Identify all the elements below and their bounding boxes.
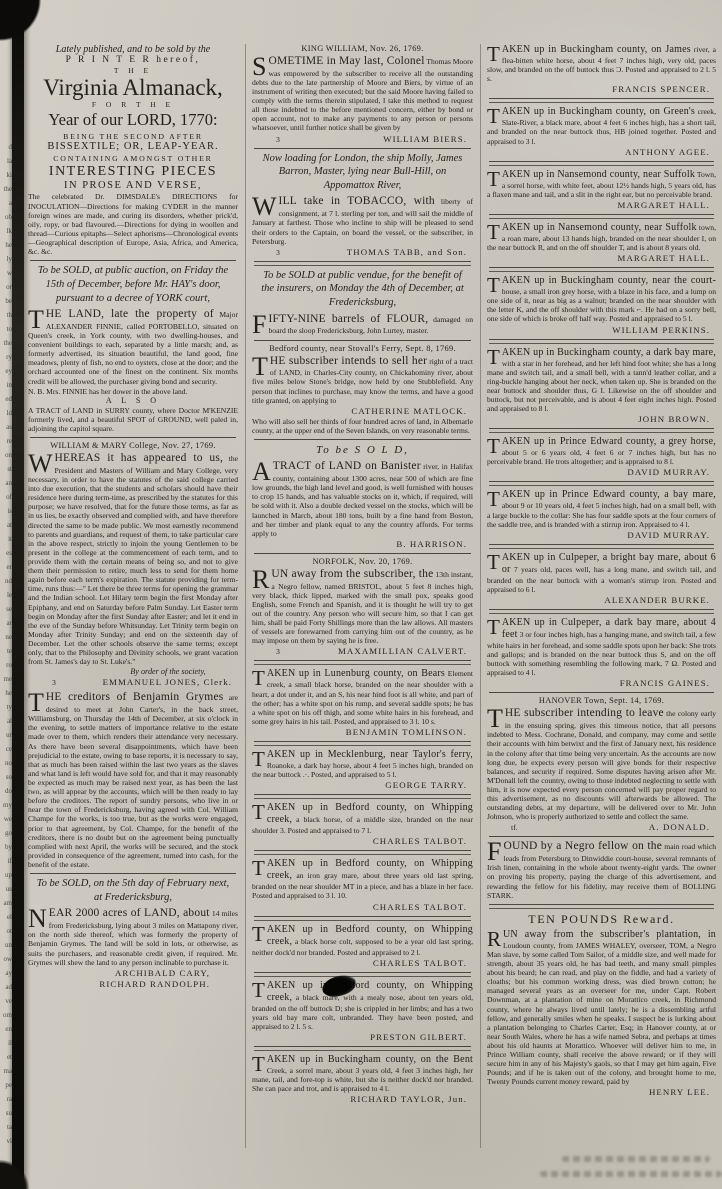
signature-line: BENJAMIN TOMLINSON. xyxy=(276,727,467,737)
ad-ship-molly-tobacco: Now loading for London, the ship Molly, … xyxy=(252,152,473,257)
signature-line: WILLIAM PERKINS. xyxy=(511,325,710,335)
drop-cap: T xyxy=(487,617,502,636)
opening-line: UN away from the subscriber, the xyxy=(271,568,433,580)
ad-opening-paragraph: TAKEN up in Bedford county, on Whipping … xyxy=(252,980,473,1031)
ad-opening-paragraph: RUN away from the subscriber, the 13th i… xyxy=(252,568,473,646)
ad-grymes-land-sale: To be SOLD, on the 5th day of February n… xyxy=(28,877,238,989)
para-text: Who will also sell her thirds of four hu… xyxy=(252,417,473,435)
column-divider-rule-1 xyxy=(245,44,246,1148)
ad-opening-paragraph: TAKEN up in Nansemond county, near Suffo… xyxy=(487,222,716,252)
ad-opening-paragraph: WHEREAS it has appeared to us, the Presi… xyxy=(28,452,238,666)
display-line: P R I N T E R hereof, xyxy=(28,55,238,65)
opening-line: AKEN up in Bedford county, on Whipping c… xyxy=(267,802,473,825)
ad-opening-paragraph: TAKEN up in Buckingham county, a dark ba… xyxy=(487,347,716,414)
ad-taken-tarry: TAKEN up in Mecklenburg, near Taylor's f… xyxy=(252,749,473,790)
ad-banister-land: To be S O L D,ATRACT of LAND on Banister… xyxy=(252,443,473,549)
divider-rule xyxy=(254,916,471,921)
opening-line: HE subscriber intending to leave xyxy=(505,707,664,719)
ad-taken-hall-1: TAKEN up in Nansemond county, near Suffo… xyxy=(487,169,716,210)
ad-opening-paragraph: TAKEN up in Buckingham county, on Green'… xyxy=(487,106,716,145)
ad-opening-paragraph: ATRACT of LAND on Banister river, in Hal… xyxy=(252,460,473,538)
signature-line: FRANCIS GAINES. xyxy=(511,678,710,688)
ad-ten-pounds-reward: TEN POUNDS Reward.RUN away from the subs… xyxy=(487,912,716,1098)
drop-cap: R xyxy=(487,929,503,948)
signature-name: DAVID MURRAY. xyxy=(627,467,710,477)
ad-virginia-almanack: Lately published, and to be sold by theP… xyxy=(28,44,238,256)
dateline-text: Bedford county, near Stovall's Ferry, Se… xyxy=(252,344,473,353)
dateline-text: HANOVER Town, Sept. 14, 1769. xyxy=(487,696,716,705)
divider-rule xyxy=(254,850,471,855)
opening-line: AKEN up in Buckingham county, on Green's xyxy=(502,106,695,117)
ad-taken-burke: TAKEN up in Culpeper, a bright bay mare,… xyxy=(487,552,716,605)
signature-name: PRESTON GILBERT. xyxy=(370,1032,467,1042)
adjacent-page-fragments: d la ki the a ob lk he ly w or be th to … xyxy=(0,0,12,1189)
ad-opening-paragraph: TAKEN up in Bedford county, on Whipping … xyxy=(252,802,473,835)
divider-rule xyxy=(254,553,471,554)
signature-line: CHARLES TALBOT. xyxy=(276,902,467,912)
ad-opening-paragraph: TAKEN up in Mecklenburg, near Taylor's f… xyxy=(252,749,473,779)
drop-cap: T xyxy=(252,355,270,378)
heading-text: To be S O L D, xyxy=(258,443,467,457)
display-line: A L S O xyxy=(28,396,238,405)
bleedthrough-smudge xyxy=(562,1156,710,1162)
opening-line: AKEN up in Nansemond county, near Suffol… xyxy=(502,222,697,233)
opening-line: AKEN up in Mecklenburg, near Taylor's fe… xyxy=(267,749,473,760)
newspaper-page: d la ki the a ob lk he ly w or be th to … xyxy=(0,0,722,1189)
signature-line: ALEXANDER BURKE. xyxy=(511,595,710,605)
divider-rule xyxy=(489,692,714,693)
signature-line: 3WILLIAM BIERS. xyxy=(276,134,467,144)
drop-cap: T xyxy=(252,802,267,821)
drop-cap: T xyxy=(487,44,502,63)
drop-cap: T xyxy=(487,106,502,125)
display-line: CONTAINING AMONGST OTHER xyxy=(28,154,238,163)
signature-note: 3 xyxy=(276,647,280,656)
signature-name: FRANCIS GAINES. xyxy=(620,678,710,688)
divider-rule xyxy=(254,972,471,977)
ad-taken-tomlinson: TAKEN up in Lunenburg county, on Bears E… xyxy=(252,668,473,737)
column-1: Lately published, and to be sold by theP… xyxy=(28,42,238,1187)
ad-opening-paragraph: THE subscriber intending to leave the co… xyxy=(487,707,716,821)
heading-text: To be SOLD, on the 5th day of February n… xyxy=(34,877,232,904)
opening-line: AKEN up in Culpeper, a dark bay mare, ab… xyxy=(502,617,716,640)
display-line: Virginia Almanack, xyxy=(28,76,238,99)
divider-rule xyxy=(254,261,471,266)
signature-line: CHARLES TALBOT. xyxy=(276,958,467,968)
signature-line: 3EMMANUEL JONES, Clerk. xyxy=(52,677,232,687)
divider-rule xyxy=(254,660,471,665)
divider-rule xyxy=(254,741,471,746)
drop-cap: T xyxy=(252,980,267,999)
signature-name: MARGARET HALL. xyxy=(618,200,710,210)
divider-rule xyxy=(489,609,714,614)
heading-text: To be SOLD at public vendue, for the ben… xyxy=(258,269,467,310)
drop-cap: T xyxy=(487,707,505,730)
dateline-text: KING WILLIAM, Nov. 26, 1769. xyxy=(252,44,473,53)
divider-rule xyxy=(489,904,714,909)
ad-opening-paragraph: TAKEN up in Culpeper, a dark bay mare, a… xyxy=(487,617,716,677)
ad-taken-murray-1: TAKEN up in Prince Edward county, a grey… xyxy=(487,436,716,477)
signature-name: CHARLES TALBOT. xyxy=(373,836,467,846)
signature-line: DAVID MURRAY. xyxy=(511,530,710,540)
opening-line: UN away from the subscriber's plantation… xyxy=(503,929,716,940)
ad-opening-paragraph: TAKEN up in Prince Edward county, a grey… xyxy=(487,436,716,466)
ad-opening-paragraph: TAKEN up in Culpeper, a bright bay mare,… xyxy=(487,552,716,594)
drop-cap: W xyxy=(28,452,55,475)
signature-line: B. HARRISON. xyxy=(276,539,467,549)
signature-line: RICHARD TAYLOR, Jun. xyxy=(276,1094,467,1104)
divider-rule xyxy=(30,873,236,874)
ad-opening-paragraph: THE subscriber intends to sell her right… xyxy=(252,355,473,405)
drop-cap: T xyxy=(252,1054,267,1073)
signature-name: JOHN BROWN. xyxy=(638,414,710,424)
signature-name: CHARLES TALBOT. xyxy=(373,958,467,968)
drop-cap: T xyxy=(487,552,502,571)
drop-cap: T xyxy=(252,858,267,877)
divider-rule xyxy=(254,439,471,440)
drop-cap: T xyxy=(252,749,267,768)
para-text: N. B. Mrs. FINNIE has her dower in the a… xyxy=(28,387,238,396)
signature-line: CATHERINE MATLOCK. xyxy=(276,406,467,416)
drop-cap: T xyxy=(487,436,502,455)
display-line: INTERESTING PIECES xyxy=(28,164,238,180)
opening-line: AKEN up in Bedford county, on Whipping c… xyxy=(267,924,473,947)
opening-line: TRACT of LAND on Banister xyxy=(273,460,421,472)
divider-rule xyxy=(489,267,714,272)
drop-cap: T xyxy=(252,924,267,943)
display-line: Year of our LORD, 1770: xyxy=(28,110,238,130)
column-divider-rule-2 xyxy=(480,44,481,1148)
ad-opening-paragraph: TAKEN up in Buckingham county, on the Be… xyxy=(252,1054,473,1093)
signature-name: EMMANUEL JONES, Clerk. xyxy=(103,677,232,687)
display-line: Lately published, and to be sold by the xyxy=(28,44,238,55)
signature-line: ANTHONY AGEE. xyxy=(511,147,710,157)
signature-line: ARCHIBALD CARY, xyxy=(52,968,232,978)
drop-cap: F xyxy=(487,840,503,863)
ad-taken-spencer: TAKEN up in Buckingham county, on James … xyxy=(487,44,716,94)
signature-line: GEORGE TARRY. xyxy=(276,780,467,790)
dateline-text: NORFOLK, Nov. 20, 1769. xyxy=(252,557,473,566)
ad-grymes-creditors: THE creditors of Benjamin Grymes are des… xyxy=(28,691,238,869)
signature-name: WILLIAM PERKINS. xyxy=(612,325,710,335)
opening-line: AKEN up in Buckingham county, on James xyxy=(502,44,691,55)
signature-name: FRANCIS SPENCER. xyxy=(612,84,710,94)
opening-line: AKEN up in Bedford county, on Whipping c… xyxy=(267,980,473,1003)
opening-line: AKEN up in Prince Edward county, a bay m… xyxy=(502,489,716,500)
ad-portobello-land-sale: To be SOLD, at public auction, on Friday… xyxy=(28,264,238,433)
signature-name: ANTHONY AGEE. xyxy=(625,147,710,157)
drop-cap: W xyxy=(252,195,279,218)
divider-rule xyxy=(254,340,471,341)
drop-cap: T xyxy=(487,347,502,366)
divider-rule xyxy=(254,794,471,799)
ad-taken-gilbert: TAKEN up in Bedford county, on Whipping … xyxy=(252,980,473,1042)
divider-rule xyxy=(489,339,714,344)
signature-name: BENJAMIN TOMLINSON. xyxy=(346,727,467,737)
divider-rule xyxy=(489,98,714,103)
divider-rule xyxy=(489,544,714,549)
bleedthrough-smudge xyxy=(540,1171,722,1177)
signature-note: 3 xyxy=(276,248,280,257)
signature-line: CHARLES TALBOT. xyxy=(276,836,467,846)
display-line: BEING THE SECOND AFTER xyxy=(28,132,238,141)
heading-text: Now loading for London, the ship Molly, … xyxy=(258,152,467,193)
ad-opening-paragraph: TAKEN up in Bedford county, on Whipping … xyxy=(252,858,473,900)
para-text: A TRACT of LAND in SURRY county, where D… xyxy=(28,406,238,433)
ad-taken-talbot-1: TAKEN up in Bedford county, on Whipping … xyxy=(252,802,473,846)
signature-line: MARGARET HALL. xyxy=(511,200,710,210)
ad-donald-accounts: HANOVER Town, Sept. 14, 1769.THE subscri… xyxy=(487,696,716,832)
ad-opening-paragraph: TAKEN up in Buckingham county, near the … xyxy=(487,275,716,323)
drop-cap: A xyxy=(252,460,273,483)
divider-rule xyxy=(489,161,714,166)
drop-cap: T xyxy=(487,169,502,188)
drop-cap: F xyxy=(252,313,268,336)
drop-cap: R xyxy=(252,568,271,591)
ad-taken-gaines: TAKEN up in Culpeper, a dark bay mare, a… xyxy=(487,617,716,688)
signature-name: B. HARRISON. xyxy=(396,539,467,549)
signature-name: ALEXANDER BURKE. xyxy=(604,595,710,605)
ad-taken-perkins: TAKEN up in Buckingham county, near the … xyxy=(487,275,716,334)
signature-name: THOMAS TABB, and Son. xyxy=(347,247,467,257)
signature-name: CHARLES TALBOT. xyxy=(373,902,467,912)
ad-taken-brown: TAKEN up in Buckingham county, a dark ba… xyxy=(487,347,716,425)
opening-line: AKEN up in Prince Edward county, a grey … xyxy=(502,436,716,447)
opening-line: AKEN up in Buckingham county, on the Ben… xyxy=(267,1054,473,1065)
drop-cap: T xyxy=(28,691,46,714)
ad-opening-paragraph: WILL take in TOBACCO, with liberty of co… xyxy=(252,195,473,245)
ad-opening-paragraph: TAKEN up in Bedford county, on Whipping … xyxy=(252,924,473,957)
ad-opening-paragraph: THE creditors of Benjamin Grymes are des… xyxy=(28,691,238,869)
ad-matlock-land: Bedford county, near Stovall's Ferry, Se… xyxy=(252,344,473,435)
ad-william-and-mary-notice: WILLIAM & MARY College, Nov. 27, 1769.WH… xyxy=(28,441,238,687)
ad-opening-paragraph: RUN away from the subscriber's plantatio… xyxy=(487,929,716,1087)
opening-line: OUND by a Negro fellow on the xyxy=(503,840,662,852)
opening-line: AKEN up in Lunenburg county, on Bears xyxy=(267,668,445,679)
ad-biers-debts: KING WILLIAM, Nov. 26, 1769.SOMETIME in … xyxy=(252,44,473,144)
signature-name: GEORGE TARRY. xyxy=(385,780,467,790)
signature-line: PRESTON GILBERT. xyxy=(276,1032,467,1042)
opening-line: HE creditors of Benjamin Grymes xyxy=(46,691,224,703)
ad-opening-paragraph: TAKEN up in Nansemond county, near Suffo… xyxy=(487,169,716,199)
opening-line: AKEN up in Culpeper, a bright bay mare, … xyxy=(502,552,716,575)
drop-cap: T xyxy=(252,668,267,687)
drop-cap: S xyxy=(252,55,268,78)
ad-opening-paragraph: FOUND by a Negro fellow on the main road… xyxy=(487,840,716,899)
signature-line: FRANCIS SPENCER. xyxy=(511,84,710,94)
signature-line: DAVID MURRAY. xyxy=(511,467,710,477)
ad-flour-vendue: To be SOLD at public vendue, for the ben… xyxy=(252,269,473,336)
opening-line: AKEN up in Buckingham county, a dark bay… xyxy=(502,347,716,358)
signature-line: HENRY LEE. xyxy=(511,1087,710,1097)
signature-line: 3MAXAMILLIAN CALVERT. xyxy=(276,646,467,656)
ad-found-linen: FOUND by a Negro fellow on the main road… xyxy=(487,840,716,899)
display-line: T H E xyxy=(28,66,238,75)
ad-opening-paragraph: FIFTY-NINE barrels of FLOUR, damaged on … xyxy=(252,313,473,336)
drop-cap: T xyxy=(487,489,502,508)
divider-rule xyxy=(489,836,714,837)
opening-line: IFTY-NINE barrels of FLOUR, xyxy=(268,313,428,325)
ad-taken-agee: TAKEN up in Buckingham county, on Green'… xyxy=(487,106,716,156)
byline-text: By order of the society, xyxy=(28,667,238,676)
para-text: The celebrated Dr. DIMSDALE's DIRECTIONS… xyxy=(28,192,238,256)
divider-rule xyxy=(489,428,714,433)
opening-line: AKEN up in Nansemond county, near Suffol… xyxy=(502,169,695,180)
signature-name: WILLIAM BIERS. xyxy=(383,134,467,144)
opening-line: AKEN up in Buckingham county, near the c… xyxy=(502,275,716,286)
ad-taken-hall-2: TAKEN up in Nansemond county, near Suffo… xyxy=(487,222,716,263)
ad-taken-taylor: TAKEN up in Buckingham county, on the Be… xyxy=(252,1054,473,1104)
opening-line: HE LAND, late the property of xyxy=(46,308,214,320)
drop-cap: N xyxy=(28,907,49,930)
ad-opening-paragraph: NEAR 2000 acres of LAND, about 14 miles … xyxy=(28,907,238,966)
column-3: TAKEN up in Buckingham county, on James … xyxy=(487,42,716,1187)
signature-line: JOHN BROWN. xyxy=(511,414,710,424)
display-line: BISSEXTILE; OR, LEAP-YEAR. xyxy=(28,141,238,152)
signature-name: MAXAMILLIAN CALVERT. xyxy=(338,646,467,656)
signature-name: CATHERINE MATLOCK. xyxy=(351,406,467,416)
opening-line: HE subscriber intends to sell her xyxy=(270,355,427,367)
ad-taken-talbot-2: TAKEN up in Bedford county, on Whipping … xyxy=(252,858,473,911)
divider-rule xyxy=(489,214,714,219)
dateline-text: WILLIAM & MARY College, Nov. 27, 1769. xyxy=(28,441,238,450)
signature-name: A. DONALD. xyxy=(649,822,710,832)
gutter-shadow xyxy=(12,0,24,1189)
signature-name: HENRY LEE. xyxy=(649,1087,710,1097)
drop-cap: T xyxy=(487,222,502,241)
opening-line: AKEN up in Bedford county, on Whipping c… xyxy=(267,858,473,881)
ad-taken-murray-2: TAKEN up in Prince Edward county, a bay … xyxy=(487,489,716,539)
drop-cap: T xyxy=(28,308,46,331)
divider-rule xyxy=(30,437,236,438)
divider-rule xyxy=(254,1046,471,1051)
signature-name: ARCHIBALD CARY, xyxy=(115,968,232,978)
scan-corner-dark-top xyxy=(0,0,48,46)
ad-opening-paragraph: TAKEN up in Prince Edward county, a bay … xyxy=(487,489,716,528)
signature-note: 3 xyxy=(276,135,280,144)
display-line: IN PROSE AND VERSE, xyxy=(28,180,238,191)
divider-rule xyxy=(30,260,236,261)
signature-name: DAVID MURRAY. xyxy=(627,530,710,540)
display-line: F O R T H E xyxy=(28,100,238,109)
column-2: KING WILLIAM, Nov. 26, 1769.SOMETIME in … xyxy=(252,42,473,1187)
signature-note: 3 xyxy=(52,678,56,687)
ad-opening-paragraph: SOMETIME in May last, Colonel Thomas Moo… xyxy=(252,55,473,133)
ad-taken-talbot-3: TAKEN up in Bedford county, on Whipping … xyxy=(252,924,473,968)
signature-name: MARGARET HALL. xyxy=(618,253,710,263)
opening-line: OMETIME in May last, Colonel xyxy=(268,55,424,67)
drop-cap: T xyxy=(487,275,502,294)
headline-text: TEN POUNDS Reward. xyxy=(487,912,716,927)
scan-corner-dark-bottom xyxy=(0,1150,30,1189)
heading-text: To be SOLD, at public auction, on Friday… xyxy=(34,264,232,305)
signature-line: 3THOMAS TABB, and Son. xyxy=(276,247,467,257)
ad-opening-paragraph: TAKEN up in Lunenburg county, on Bears E… xyxy=(252,668,473,726)
opening-line: ILL take in TOBACCO, with xyxy=(279,195,435,207)
ad-opening-paragraph: TAKEN up in Buckingham county, on James … xyxy=(487,44,716,83)
opening-line: HEREAS it has appeared to us, xyxy=(55,452,224,464)
divider-rule xyxy=(254,148,471,149)
signature-line: tf.A. DONALD. xyxy=(511,822,710,832)
signature-line: RICHARD RANDOLPH. xyxy=(52,979,232,989)
signature-name: RICHARD RANDOLPH. xyxy=(99,979,232,989)
signature-note: tf. xyxy=(511,823,518,832)
ad-runaway-bristol: NORFOLK, Nov. 20, 1769.RUN away from the… xyxy=(252,557,473,657)
signature-line: MARGARET HALL. xyxy=(511,253,710,263)
signature-name: RICHARD TAYLOR, Jun. xyxy=(350,1094,467,1104)
opening-line: EAR 2000 acres of LAND, about xyxy=(49,907,210,919)
ad-opening-paragraph: THE LAND, late the property of Major ALE… xyxy=(28,308,238,386)
divider-rule xyxy=(489,481,714,486)
